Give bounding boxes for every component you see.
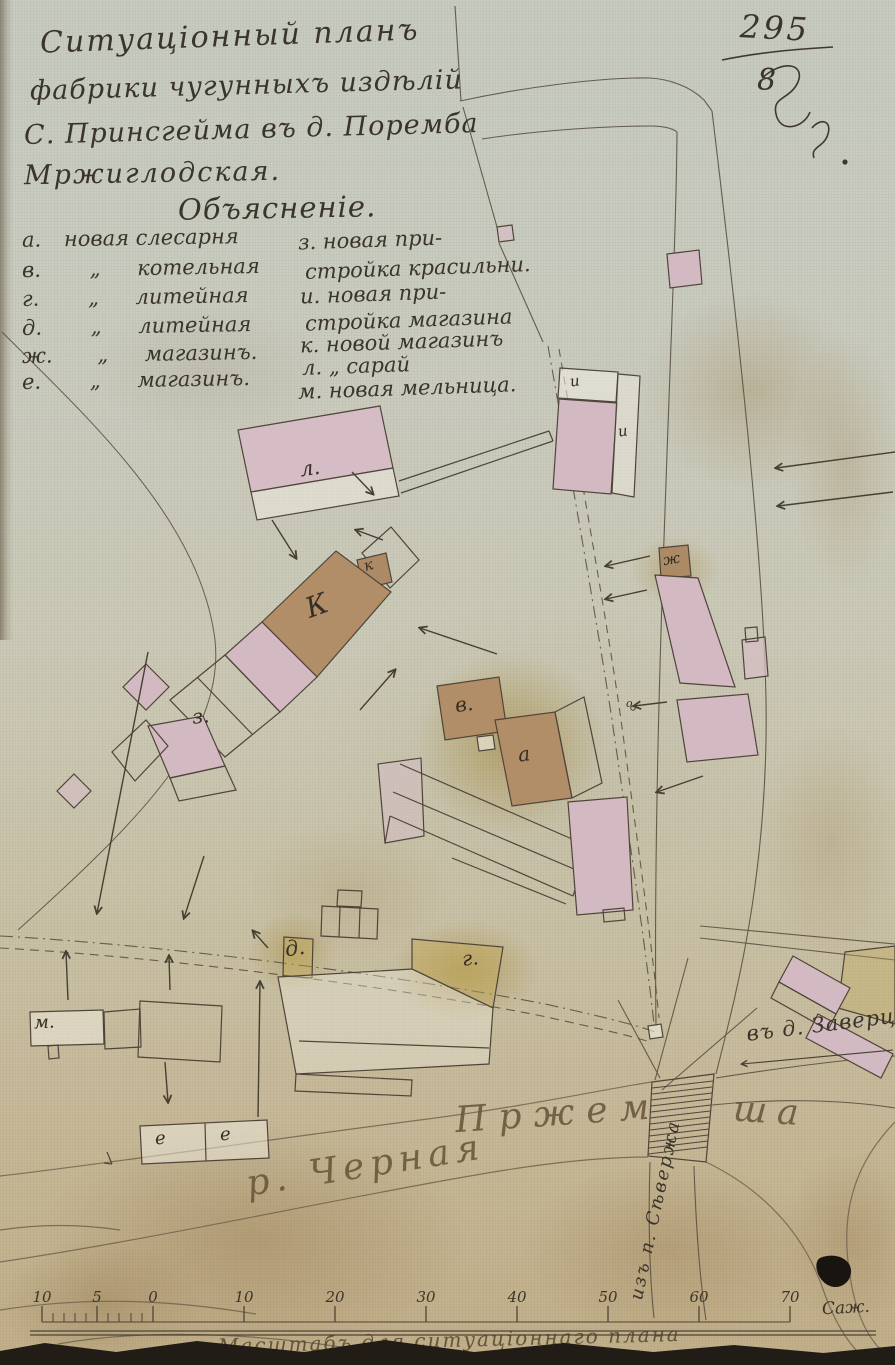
scale-tick-label: 40: [507, 1290, 526, 1305]
legend-letter: а.: [22, 228, 42, 252]
building-label-i-top: и: [569, 373, 581, 389]
building-label-e2: е: [219, 1126, 231, 1145]
plan-title-line4: Мржиглодская.: [24, 158, 281, 189]
legend-row: е. „ магазинъ.: [22, 368, 250, 393]
legend-letter: в.: [22, 258, 41, 282]
legend-row: д. „ литейная: [22, 314, 252, 339]
archival-number: 295: [739, 10, 811, 46]
small-o-mark: о: [626, 698, 633, 709]
flourish-mark: [722, 47, 847, 164]
legend-row: г. „ литейная: [22, 285, 249, 310]
river-name-part3: ша: [732, 1091, 810, 1132]
legend-row: в. „ котельная: [22, 256, 260, 281]
building-label-v: в.: [454, 693, 475, 715]
legend-heading: Объясненіе.: [178, 192, 377, 224]
legend-name: литейная: [135, 283, 248, 309]
legend-name: магазинъ.: [145, 340, 258, 366]
archival-number-2: 8: [757, 66, 776, 96]
legend-name: котельная: [137, 254, 260, 280]
building-label-g: г.: [461, 947, 479, 968]
scale-tick-label: 20: [325, 1290, 344, 1305]
legend-row: и. новая при-: [300, 281, 447, 307]
scale-tick-label: 10: [32, 1290, 51, 1305]
building-label-zh: ж: [662, 551, 681, 569]
scale-tick-label: 70: [780, 1290, 799, 1305]
scale-tick-label: 50: [598, 1290, 617, 1305]
legend-name: литейная: [138, 312, 251, 338]
scale-tick-label: 5: [92, 1290, 102, 1305]
legend-name: новая слесарня: [64, 224, 239, 251]
building-label-a: а: [517, 743, 532, 764]
legend-ditto: „: [97, 343, 108, 367]
ink-blob: [816, 1256, 851, 1287]
scanned-plan-page: 295 8 Ситуаціонный планъ фабрики чугунны…: [0, 0, 895, 1365]
legend-letter: д.: [22, 316, 42, 340]
legend-row: ж. „ магазинъ.: [22, 342, 258, 367]
diamond-marker: [123, 664, 169, 710]
legend-letter: е.: [22, 370, 42, 394]
legend-row: а. новая слесарня: [22, 226, 239, 251]
scale-tick-label: 10: [234, 1290, 253, 1305]
scale-tick-label: 0: [148, 1290, 158, 1305]
building-label-m: м.: [34, 1013, 56, 1032]
legend-letter: ж.: [22, 344, 53, 369]
building-label-e1: е: [154, 1130, 166, 1149]
legend-row: з. новая при-: [298, 227, 443, 253]
legend-ditto: „: [90, 369, 101, 393]
building-small-square: [667, 250, 702, 288]
building-i-annex: [558, 368, 618, 402]
legend-ditto: „: [89, 257, 100, 281]
legend-ditto: „: [90, 315, 101, 339]
workshop-rows: [378, 758, 424, 843]
legend-letter: г.: [22, 287, 40, 311]
legend-ditto: „: [88, 286, 99, 310]
scale-tick-label: 60: [689, 1290, 708, 1305]
building-label-l: л.: [299, 457, 322, 481]
scale-unit: Саж.: [822, 1299, 871, 1318]
legend-row: л. „ сарай: [302, 354, 411, 379]
scale-tick-label: 30: [416, 1290, 435, 1305]
diamond-marker: [57, 774, 91, 808]
building-label-z: з.: [191, 705, 210, 726]
building-label-d: д.: [284, 937, 307, 961]
legend-name: магазинъ.: [137, 366, 250, 392]
building-label-i-side: и: [617, 423, 629, 439]
building-a: [495, 712, 572, 806]
